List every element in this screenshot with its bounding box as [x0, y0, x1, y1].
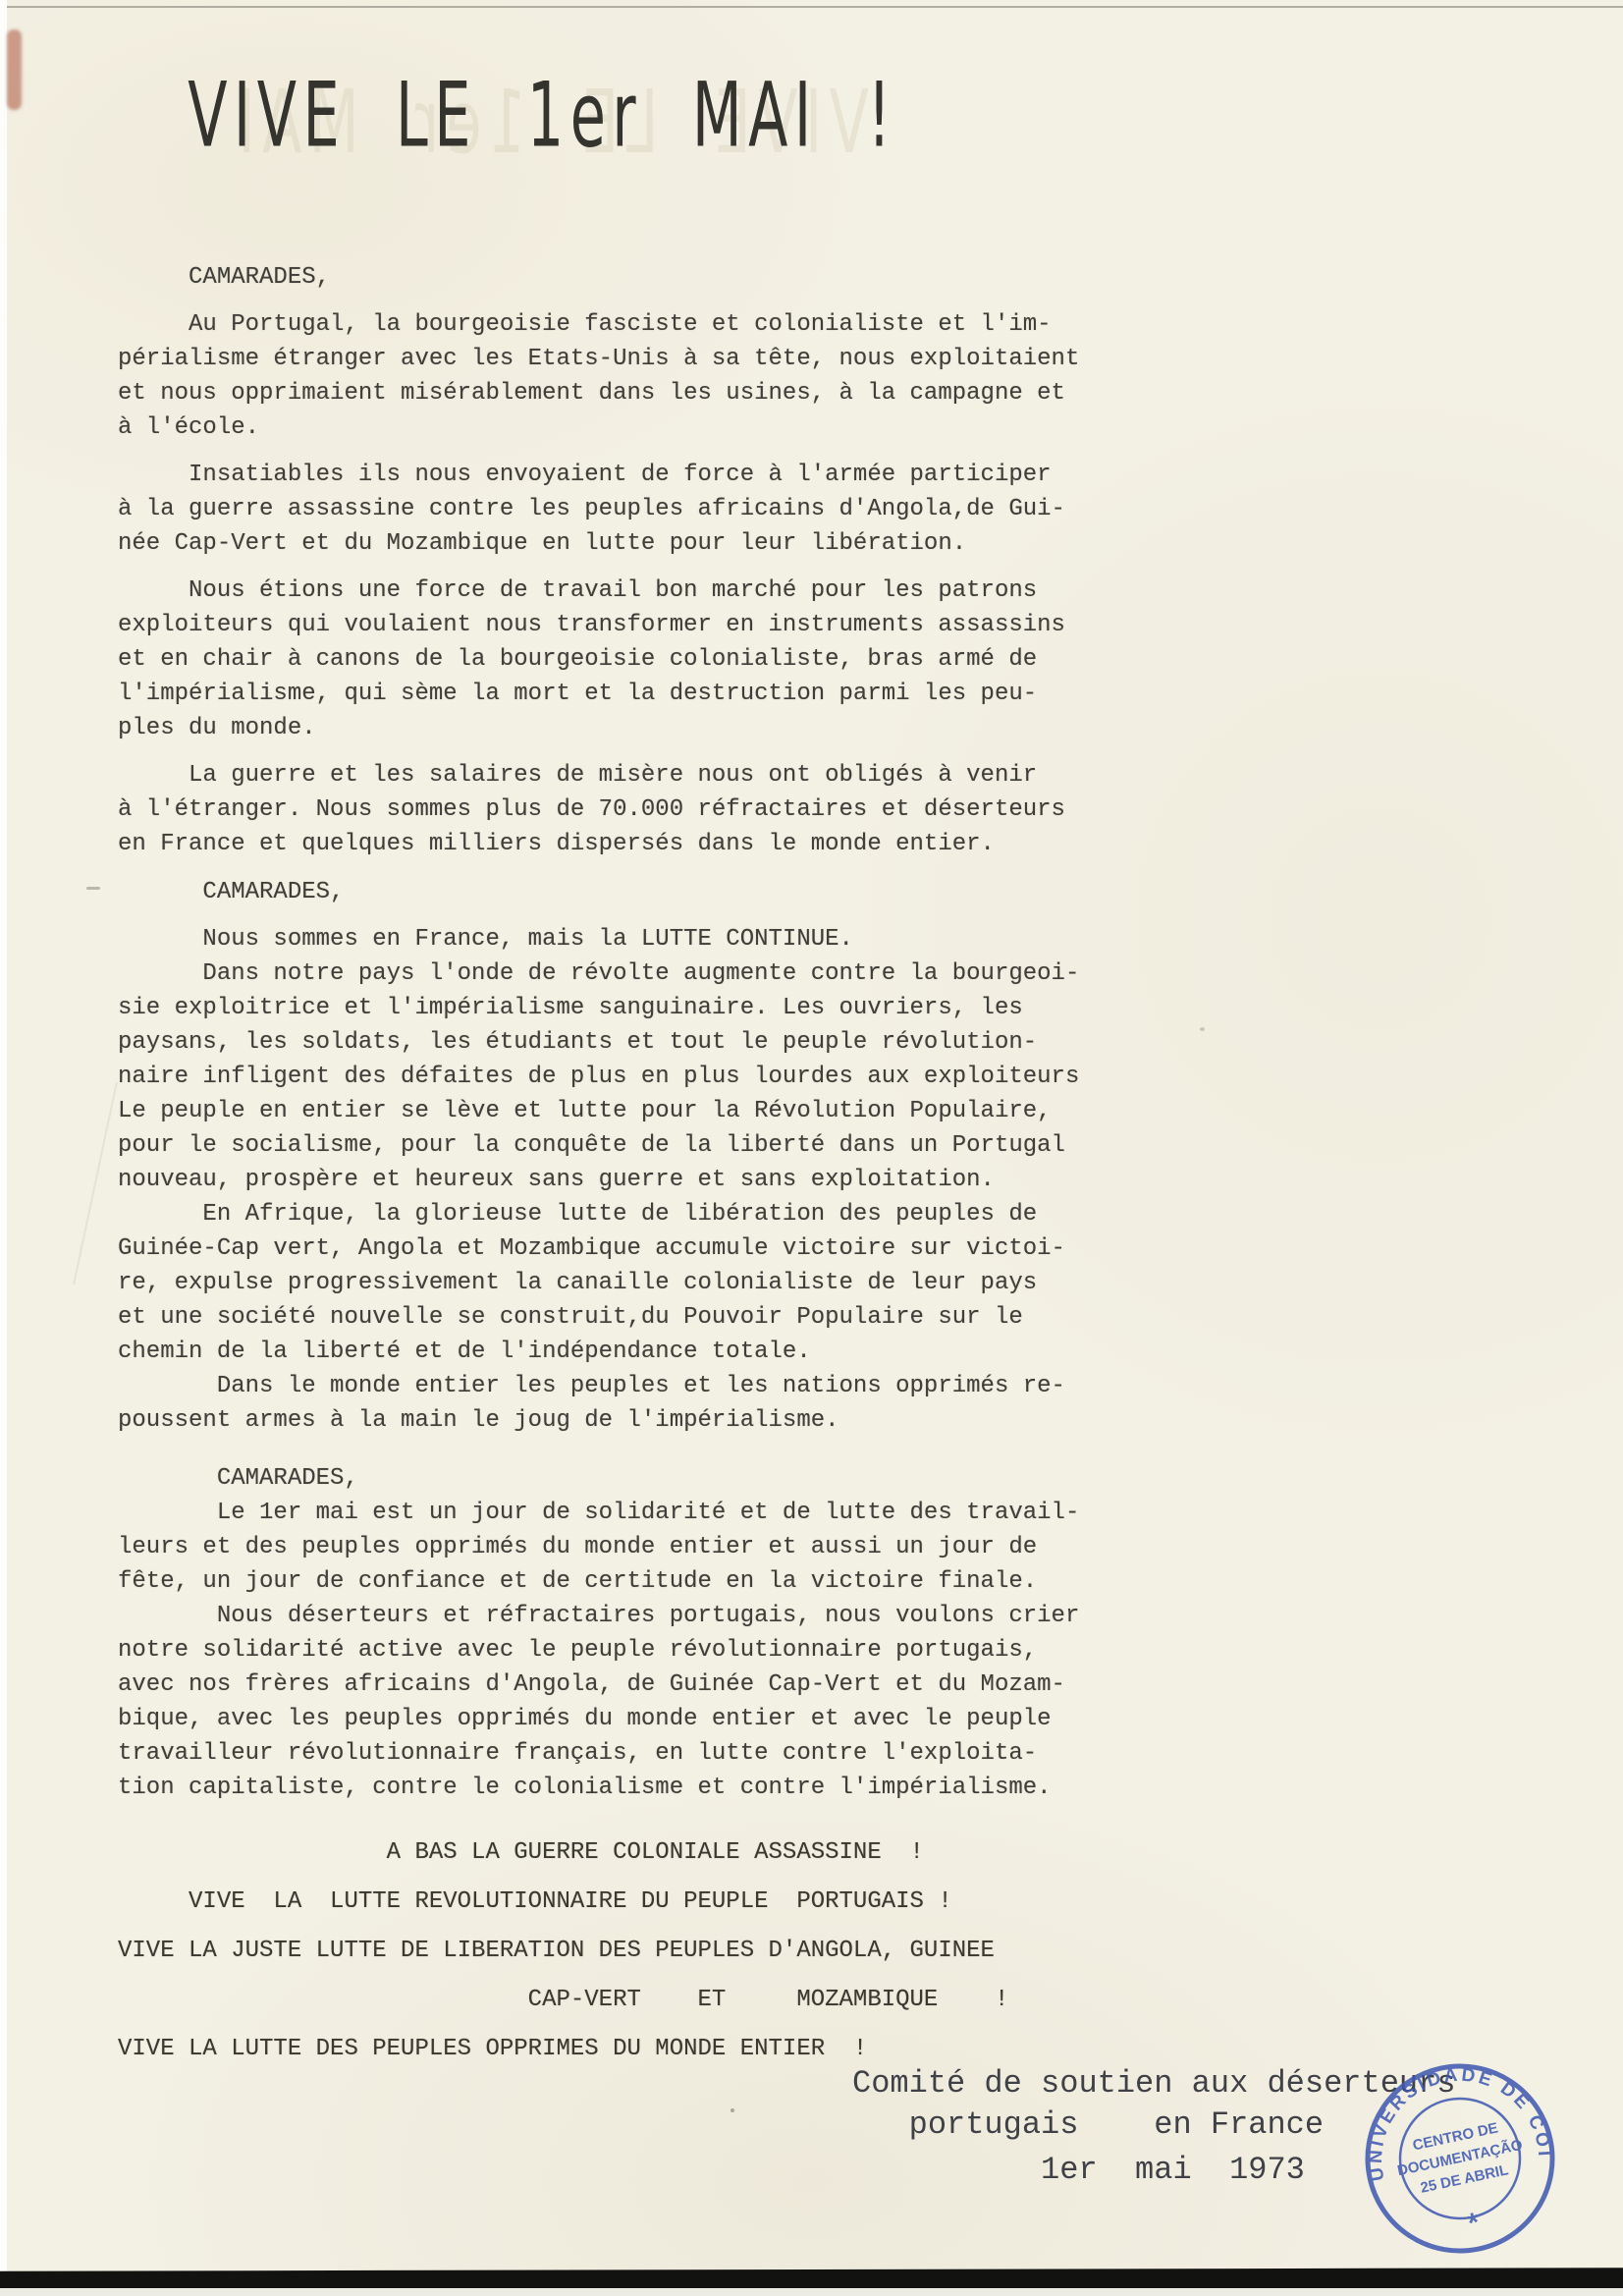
typed-line: Insatiables ils nous envoyaient de force…: [118, 458, 1159, 492]
typed-line: Nous sommes en France, mais la LUTTE CON…: [118, 922, 1159, 957]
typed-line: née Cap-Vert et du Mozambique en lutte p…: [118, 526, 1159, 561]
section-heading-2: CAMARADES,: [118, 875, 1159, 909]
typed-line: à l'école.: [118, 410, 1159, 445]
typed-line: Dans le monde entier les peuples et les …: [118, 1369, 1159, 1403]
typed-line: notre solidarité active avec le peuple r…: [118, 1633, 1159, 1667]
page-title: VIVE LE 1er MAI !: [188, 65, 893, 168]
typed-line: tion capitaliste, contre le colonialisme…: [118, 1771, 1159, 1805]
typed-line: à la guerre assassine contre les peuples…: [118, 492, 1159, 526]
typed-line: Guinée-Cap vert, Angola et Mozambique ac…: [118, 1231, 1159, 1266]
red-ink-smudge: [7, 29, 22, 110]
typed-line: chemin de la liberté et de l'indépendanc…: [118, 1335, 1159, 1369]
typed-line: et en chair à canons de la bourgeoisie c…: [118, 642, 1159, 677]
paragraph-3: Nous étions une force de travail bon mar…: [118, 574, 1159, 745]
typed-line: Le 1er mai est un jour de solidarité et …: [118, 1496, 1159, 1530]
document-body: CAMARADES, Au Portugal, la bourgeoisie f…: [118, 260, 1159, 1805]
scan-edge-top: [7, 6, 1623, 8]
typed-line: ples du monde.: [118, 711, 1159, 745]
paragraph-1: Au Portugal, la bourgeoisie fasciste et …: [118, 307, 1159, 445]
dust-speck: [730, 2108, 734, 2112]
paper-crease: [73, 1082, 118, 1285]
typed-line: Au Portugal, la bourgeoisie fasciste et …: [118, 307, 1159, 342]
typed-line: avec nos frères africains d'Angola, de G…: [118, 1667, 1159, 1702]
typed-line: travailleur révolutionnaire français, en…: [118, 1736, 1159, 1771]
library-stamp: UNIVERSIDADE DE COIMBRA CENTRO DE DOCUME…: [1352, 2050, 1568, 2267]
typed-line: et une société nouvelle se construit,du …: [118, 1300, 1159, 1335]
scan-bottom-margin: [0, 2288, 1623, 2296]
typed-line: pour le socialisme, pour la conquête de …: [118, 1128, 1159, 1163]
slogan-list: A BAS LA GUERRE COLONIALE ASSASSINE ! VI…: [118, 1829, 1296, 2074]
dust-speck: [1200, 1027, 1205, 1031]
typed-line: paysans, les soldats, les étudiants et t…: [118, 1025, 1159, 1060]
typed-line: en France et quelques milliers dispersés…: [118, 827, 1159, 861]
typed-line: nouveau, prospère et heureux sans guerre…: [118, 1163, 1159, 1197]
typed-line: Le peuple en entier se lève et lutte pou…: [118, 1094, 1159, 1128]
scanned-page: VIVE LE 1er MAI VIVE LE 1er MAI ! CAMARA…: [0, 0, 1623, 2296]
paragraph-5: Nous sommes en France, mais la LUTTE CON…: [118, 922, 1159, 1438]
typed-line: CAP-VERT ET MOZAMBIQUE !: [118, 1976, 1296, 2025]
typed-line: fête, un jour de confiance et de certitu…: [118, 1564, 1159, 1599]
typed-line: exploiteurs qui voulaient nous transform…: [118, 608, 1159, 642]
dust-speck: [86, 887, 100, 890]
paragraph-6: Le 1er mai est un jour de solidarité et …: [118, 1496, 1159, 1805]
typed-line: sie exploitrice et l'impérialisme sangui…: [118, 991, 1159, 1025]
typed-line: bique, avec les peuples opprimés du mond…: [118, 1702, 1159, 1736]
typed-line: à l'étranger. Nous sommes plus de 70.000…: [118, 793, 1159, 827]
typed-line: VIVE LA JUSTE LUTTE DE LIBERATION DES PE…: [118, 1927, 1296, 1976]
typed-line: VIVE LA LUTTE REVOLUTIONNAIRE DU PEUPLE …: [118, 1878, 1296, 1927]
scan-edge-left: [0, 0, 7, 2296]
typed-line: naire infligent des défaites de plus en …: [118, 1060, 1159, 1094]
typed-line: En Afrique, la glorieuse lutte de libéra…: [118, 1197, 1159, 1231]
section-heading-3: CAMARADES,: [118, 1461, 1159, 1496]
typed-line: poussent armes à la main le joug de l'im…: [118, 1403, 1159, 1438]
paragraph-2: Insatiables ils nous envoyaient de force…: [118, 458, 1159, 561]
typed-line: et nous opprimaient misérablement dans l…: [118, 376, 1159, 410]
typed-line: La guerre et les salaires de misère nous…: [118, 758, 1159, 793]
typed-line: Dans notre pays l'onde de révolte augmen…: [118, 957, 1159, 991]
typed-line: périalisme étranger avec les Etats-Unis …: [118, 342, 1159, 376]
typed-line: Nous déserteurs et réfractaires portugai…: [118, 1599, 1159, 1633]
section-heading-1: CAMARADES,: [118, 260, 1159, 295]
paragraph-4: La guerre et les salaires de misère nous…: [118, 758, 1159, 861]
typed-line: A BAS LA GUERRE COLONIALE ASSASSINE !: [118, 1829, 1296, 1878]
stamp-asterisk: *: [1465, 2207, 1482, 2239]
typed-line: Nous étions une force de travail bon mar…: [118, 574, 1159, 608]
typed-line: l'impérialisme, qui sème la mort et la d…: [118, 677, 1159, 711]
typed-line: leurs et des peuples opprimés du monde e…: [118, 1530, 1159, 1564]
typed-line: re, expulse progressivement la canaille …: [118, 1266, 1159, 1300]
